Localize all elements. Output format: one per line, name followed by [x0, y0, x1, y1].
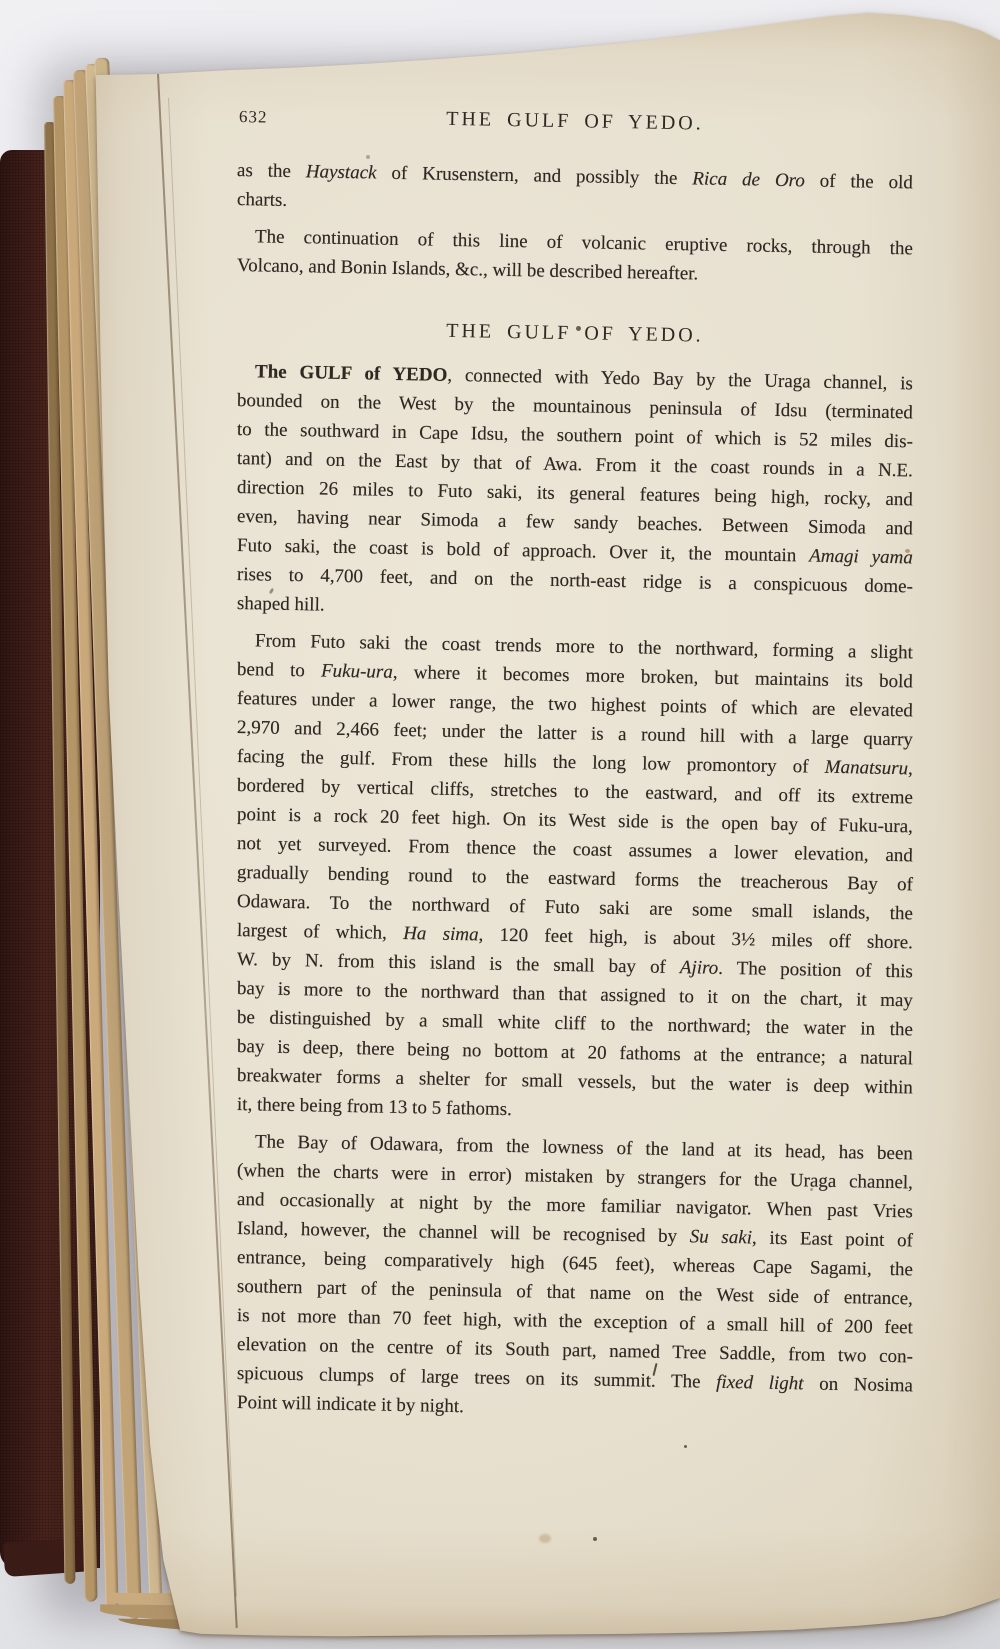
- dust-speck: [684, 1445, 687, 1448]
- text-blocks: as the Haystack of Krusenstern, and poss…: [237, 156, 913, 1417]
- paragraph: The GULF of YEDO, connected with Yedo Ba…: [237, 357, 913, 618]
- under-page-crease: [168, 98, 237, 1597]
- paragraph: From Futo saki the coast trends more to …: [237, 626, 913, 1119]
- page-wrap: 632 THE GULF OF YEDO. as the Haystack of…: [0, 0, 1000, 1649]
- paragraph: The Bay of Odawara, from the lowness of …: [237, 1127, 913, 1417]
- running-head: THE GULF OF YEDO.: [237, 104, 913, 139]
- section-heading: THE GULF OF YEDO.: [237, 316, 913, 351]
- stain: [539, 1534, 551, 1543]
- paragraph: as the Haystack of Krusenstern, and poss…: [237, 156, 913, 214]
- under-page-crease: [157, 74, 238, 1628]
- page-number: 632: [239, 107, 268, 128]
- page-header: 632 THE GULF OF YEDO.: [237, 104, 913, 142]
- photo-backdrop: 632 THE GULF OF YEDO. as the Haystack of…: [0, 0, 1000, 1649]
- printed-content: 632 THE GULF OF YEDO. as the Haystack of…: [237, 104, 913, 1425]
- dust-speck: [593, 1537, 597, 1541]
- paragraph: The continuation of this line of volcani…: [237, 222, 913, 280]
